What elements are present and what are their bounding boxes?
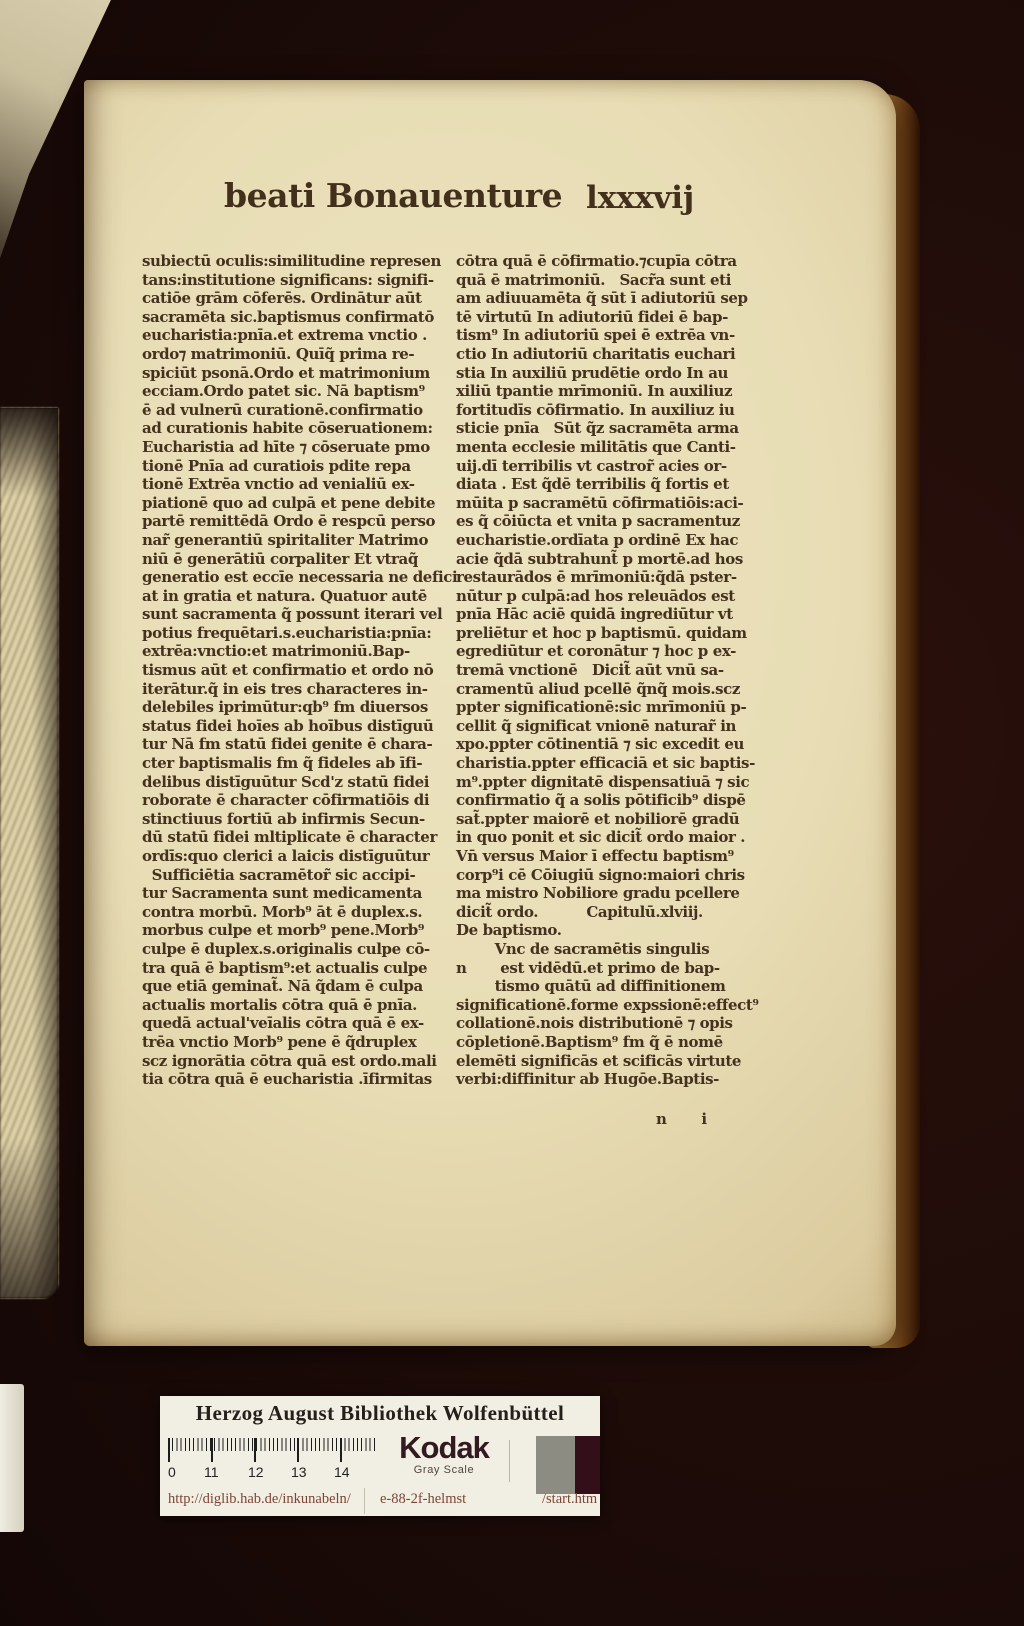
kodak-gray-scale-block: Kodak Gray Scale [382,1432,506,1476]
running-title: beati Bonauenture [224,176,562,215]
ruler-number: 11 [204,1464,219,1480]
quire-signature: n i [656,1110,715,1128]
scanned-book-photo: beati Bonauenture lxxxvij subiectū oculi… [0,0,1024,1626]
digital-library-url: http://diglib.hab.de/inkunabeln/ [168,1491,351,1508]
ruler-ticks-major [168,1438,376,1462]
adjacent-label-edge [0,1384,24,1532]
facing-page-edge-shadow [0,408,58,1298]
ruler-number: 13 [291,1464,307,1480]
shelfmark: e-88-2f-helmst [380,1491,466,1508]
start-page-url: /start.htm [542,1491,597,1508]
kodak-brand: Kodak [382,1432,506,1464]
book-page: beati Bonauenture lxxxvij subiectū oculi… [84,80,896,1346]
label-divider [364,1488,365,1514]
label-divider [509,1440,510,1482]
gray-scale-patch-gray [536,1436,575,1494]
library-name: Herzog August Bibliothek Wolfenbüttel [160,1401,600,1426]
text-column-left: subiectū oculis:similitudine represen ta… [142,252,464,1089]
gray-scale-patch-dark [575,1436,600,1494]
gray-scale-caption: Gray Scale [382,1464,506,1476]
folio-number: lxxxvij [586,180,694,216]
library-target-label: Herzog August Bibliothek Wolfenbüttel 0 … [160,1396,600,1516]
ruler-number: 14 [334,1464,350,1480]
ruler-number: 12 [248,1464,264,1480]
ruler-number: 0 [168,1464,176,1480]
measurement-ruler: 0 11 12 13 14 [168,1438,376,1484]
text-column-right: cōtra quā ē cōfirmatio.⁊cupīa cōtra quā … [456,252,778,1089]
